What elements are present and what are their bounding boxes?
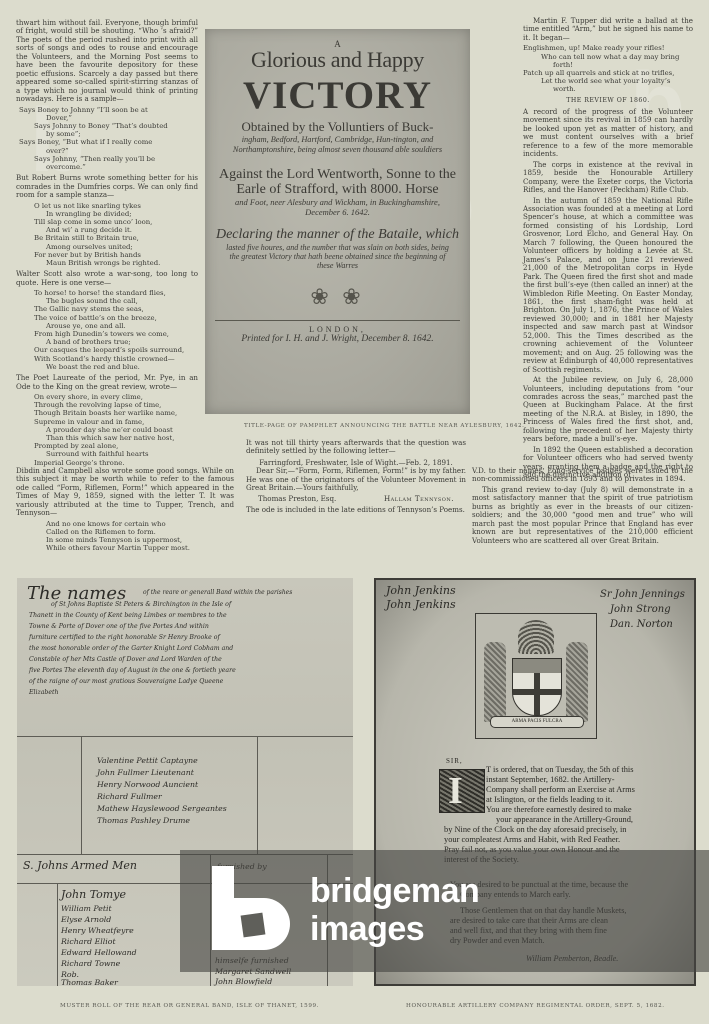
letter-body: Dear Sir,—“Form, Form, Riflemen, Form!” … — [246, 467, 466, 492]
verse-line: Than this which saw her native host, — [16, 434, 198, 442]
manuscript-line: of St Johns Baptiste St Peters & Birchin… — [51, 600, 231, 610]
verse-line: Patch up all quarrels and stick at no tr… — [523, 69, 693, 77]
pamphlet-title-page-image: A Glorious and Happy VICTORY Obtained by… — [205, 29, 470, 414]
verse-line: For never but by British hands — [16, 251, 198, 259]
paragraph: The ode is included in the late editions… — [246, 506, 466, 514]
verse-line: Arouse ye, one and all. — [16, 322, 198, 330]
armed-man-name: Richard Elliot — [61, 937, 116, 947]
verse-line: Says Boney to Johnny “I’ll soon be at — [16, 106, 198, 114]
burns-verse: O let us not like snarling tykes In wran… — [16, 202, 198, 268]
paragraph: It was not till thirty years afterwards … — [246, 439, 466, 456]
verse-line: Prompted by zeal alone, — [16, 442, 198, 450]
verse-line: over?” — [16, 147, 198, 155]
motto-scroll: ARMA PACIS FULCRA — [490, 716, 584, 728]
pamphlet-caption: Title-page of pamphlet announcing the ba… — [244, 423, 525, 429]
scott-verse: To horse! to horse! the standard flies, … — [16, 289, 198, 371]
table-rule — [257, 736, 258, 854]
pamphlet-victory: VICTORY — [205, 75, 470, 117]
paragraph: Martin F. Tupper did write a ballad at t… — [523, 17, 693, 42]
paragraph: At the Jubilee review, on July 6, 28,000… — [523, 376, 693, 444]
manuscript-line: furniture certified to the right honorab… — [29, 633, 220, 643]
autograph: Dan. Norton — [610, 620, 673, 630]
paragraph: This grand review to-day (July 8) will d… — [472, 486, 693, 545]
autograph: John Jenkins — [386, 600, 456, 610]
armed-man-name: Henry Wheatfeyre — [61, 926, 134, 936]
table-rule — [17, 736, 353, 737]
verse-line: overcome.” — [16, 163, 198, 171]
dropcap-letter: I — [448, 770, 463, 812]
pamphlet-line: Against the Lord Wentworth, Sonne to the… — [205, 167, 470, 197]
verse-line: worth. — [523, 85, 693, 93]
armed-man-name: Thomas Baker — [61, 978, 118, 986]
watermark-line: images — [310, 910, 479, 948]
verse-line: Till slap come in some unco’ loon, — [16, 218, 198, 226]
furnisher-name: John Blowfield — [215, 977, 272, 986]
middle-text-column: It was not till thirty years afterwards … — [246, 439, 466, 517]
pamphlet-line: Obtained by the Volluntiers of Buck- — [205, 119, 470, 135]
officer-name: Valentine Pettit Captayne — [97, 756, 198, 766]
tupper-verse: Englishmen, up! Make ready your rifles! … — [523, 44, 693, 93]
verse-line: Maun British wrongs be righted. — [16, 259, 198, 267]
officer-name: Henry Norwood Auncient — [97, 780, 198, 790]
verse-line: To horse! to horse! the standard flies, — [16, 289, 198, 297]
paragraph: V.D. to their names. Long-service badges… — [472, 467, 693, 484]
verse-line: We boast the red and blue. — [16, 363, 198, 371]
watermark-wordmark: bridgeman images — [310, 872, 479, 948]
section-label: S. Johns Armed Men — [23, 861, 137, 871]
autograph: Sr John Jennings — [600, 590, 685, 600]
officer-name: Thomas Pashley Drume — [97, 816, 190, 826]
officer-name: Richard Fullmer — [97, 792, 162, 802]
verse-line: A band of brothers true; — [16, 338, 198, 346]
paragraph: Dibdin and Campbell also wrote some good… — [16, 467, 234, 518]
letter-signoff: Thomas Preston, Esq. Hallam Tennyson. — [246, 495, 466, 503]
pamphlet-rule — [215, 320, 460, 321]
manuscript-line: five Portes The eleventh day of August i… — [29, 666, 236, 676]
pye-verse: On every shore, in every clime, Through … — [16, 393, 198, 467]
right-wide-block: V.D. to their names. Long-service badges… — [472, 467, 693, 547]
officer-name: John Fullmer Lieutenant — [97, 768, 194, 778]
pamphlet-line: ingham, Bedford, Hartford, Cambridge, Hu… — [205, 135, 470, 155]
signature: Hallam Tennyson. — [384, 495, 454, 503]
verse-line: A prouder day she ne’er could boast — [16, 426, 198, 434]
pamphlet-line: lasted five houres, and the number that … — [205, 243, 470, 270]
verse-line: From high Dunedin’s towers we come, — [16, 330, 198, 338]
right-text-column: Martin F. Tupper did write a ballad at t… — [523, 17, 693, 482]
verse-line: Englishmen, up! Make ready your rifles! — [523, 44, 693, 52]
manuscript-line: Constable of her Mts Castle of Dover and… — [29, 655, 222, 665]
verse-line: Supreme in valour and in fame, — [16, 418, 198, 426]
verse-line: Through the revolving lapse of time, — [16, 401, 198, 409]
addressee: Thomas Preston, Esq. — [258, 495, 336, 503]
verse-line: Among ourselves united; — [16, 243, 198, 251]
verse-line: Surround with faithful hearts — [16, 450, 198, 458]
verse-line: Says Johnny to Boney “That’s doubted — [16, 122, 198, 130]
verse-line: On every shore, in every clime, — [16, 393, 198, 401]
autograph: John Jenkins — [386, 586, 456, 596]
verse-line: In wrangling be divided; — [16, 210, 198, 218]
paragraph: A record of the progress of the Voluntee… — [523, 108, 693, 159]
verse-line: And wi’ a rung decide it. — [16, 226, 198, 234]
dropcap-ornament: I — [439, 769, 485, 813]
officer-name: Mathew Hayslewood Sergeantes — [97, 804, 227, 814]
manuscript-line: of the reare or generall Band within the… — [143, 588, 292, 598]
order-line: your appearance in the Artillery-Ground, — [496, 815, 633, 826]
paragraph: Walter Scott also wrote a war-song, too … — [16, 270, 198, 287]
manuscript-line: of the raigne of our most gratious Souve… — [29, 677, 223, 687]
salutation: SIR, — [446, 756, 463, 767]
regimental-order-caption: Honourable Artillery Company regimental … — [406, 1003, 665, 1009]
manuscript-line: Thanett in the County of Kent being Limb… — [29, 611, 227, 621]
pamphlet-line: Glorious and Happy — [205, 47, 470, 73]
tennyson-verse: And no one knows for certain who Called … — [16, 520, 234, 553]
armed-man-name: Richard Towne — [61, 959, 120, 969]
bridgeman-logo-icon — [212, 866, 290, 950]
verse-line: While others favour Martin Tupper most. — [46, 544, 234, 552]
paragraph: But Robert Burns wrote something better … — [16, 174, 198, 199]
order-line: You are therefore earnestly desired to m… — [486, 805, 632, 816]
flower-ornament-icon: ❀ ❀ — [205, 284, 470, 310]
verse-line: O let us not like snarling tykes — [16, 202, 198, 210]
verse-line: Says Boney, “But what if I really come — [16, 138, 198, 146]
section-heading: THE REVIEW OF 1860. — [523, 97, 693, 105]
order-line: by Nine of the Clock on the day aforesai… — [444, 825, 627, 836]
muster-roll-caption: Muster roll of the rear or general band,… — [60, 1003, 319, 1009]
supporter-figure-icon — [484, 642, 506, 722]
dibdin-paragraph-block: Dibdin and Campbell also wrote some good… — [16, 467, 234, 556]
verse-line: And no one knows for certain who — [46, 520, 234, 528]
left-text-column: thwart him without fail. Everyone, thoug… — [16, 19, 198, 470]
verse-line: Let the world see what your loyalty’s — [523, 77, 693, 85]
verse-line: by some”; — [16, 130, 198, 138]
order-line: your compleatest Arms and Habit, with Re… — [444, 835, 620, 846]
pamphlet-imprint: Printed for I. H. and J. Wright, Decembe… — [205, 334, 470, 344]
verse-line: Says Johnny, “Then really you’ll be — [16, 155, 198, 163]
verse-line: In some minds Tennyson is uppermost, — [46, 536, 234, 544]
pamphlet-line: and Foot, neer Alesbury and Wickham, in … — [205, 197, 470, 217]
verse-line: Dover,” — [16, 114, 198, 122]
autograph: John Strong — [610, 605, 671, 615]
verse-line: Who can tell now what a day may bring — [523, 53, 693, 61]
pamphlet-line: Declaring the manner of the Bataile, whi… — [205, 227, 470, 243]
verse-line: Our casques the leopard’s spoils surroun… — [16, 346, 198, 354]
verse-line: The Gallic navy stems the seas, — [16, 305, 198, 313]
verse-line: With Scotland’s hardy thistle crowned— — [16, 355, 198, 363]
paragraph: The corps in existence at the revival in… — [523, 161, 693, 195]
paragraph: In the autumn of 1859 the National Rifle… — [523, 197, 693, 375]
manuscript-line: Towne & Porte of Dover one of the five P… — [29, 622, 209, 632]
verse-line: forth! — [523, 61, 693, 69]
helm-crest-icon — [518, 620, 554, 654]
paragraph: The Poet Laureate of the period, Mr. Pye… — [16, 374, 198, 391]
bridgeman-watermark: bridgeman images — [180, 850, 709, 972]
order-line: Company shall perform an Exercise at Arm… — [486, 785, 635, 796]
verse-line: The voice of battle’s on the breeze, — [16, 314, 198, 322]
order-line: at Islington, or the fields leading to i… — [486, 795, 612, 806]
armed-man-name: John Tomye — [61, 890, 126, 900]
coat-of-arms-icon: ARMA PACIS FULCRA — [475, 613, 597, 739]
armed-man-name: Edward Hellowand — [61, 948, 137, 958]
manuscript-line: Elizabeth — [29, 688, 59, 698]
manuscript-line: the most honorable order of the Garter K… — [29, 644, 233, 654]
order-line: instant September, 1682. the Artillery- — [486, 775, 615, 786]
armed-man-name: William Petit — [61, 904, 112, 914]
armed-man-name: Elyse Arnold — [61, 915, 111, 925]
verse-line: Called on the Riflemen to form. — [46, 528, 234, 536]
shield-icon — [512, 658, 562, 716]
watermark-line: bridgeman — [310, 872, 479, 910]
verse-line: The bugles sound the call, — [16, 297, 198, 305]
supporter-figure-icon — [566, 642, 588, 722]
pamphlet-place: LONDON, — [205, 325, 470, 334]
table-rule — [57, 883, 58, 986]
table-rule — [81, 736, 82, 854]
verse-line: Be Britain still to Britain true, — [16, 234, 198, 242]
order-line: T is ordered, that on Tuesday, the 5th o… — [486, 765, 633, 776]
boney-verse: Says Boney to Johnny “I’ll soon be at Do… — [16, 106, 198, 172]
paragraph: thwart him without fail. Everyone, thoug… — [16, 19, 198, 104]
verse-line: Though Britain boasts her warlike name, — [16, 409, 198, 417]
